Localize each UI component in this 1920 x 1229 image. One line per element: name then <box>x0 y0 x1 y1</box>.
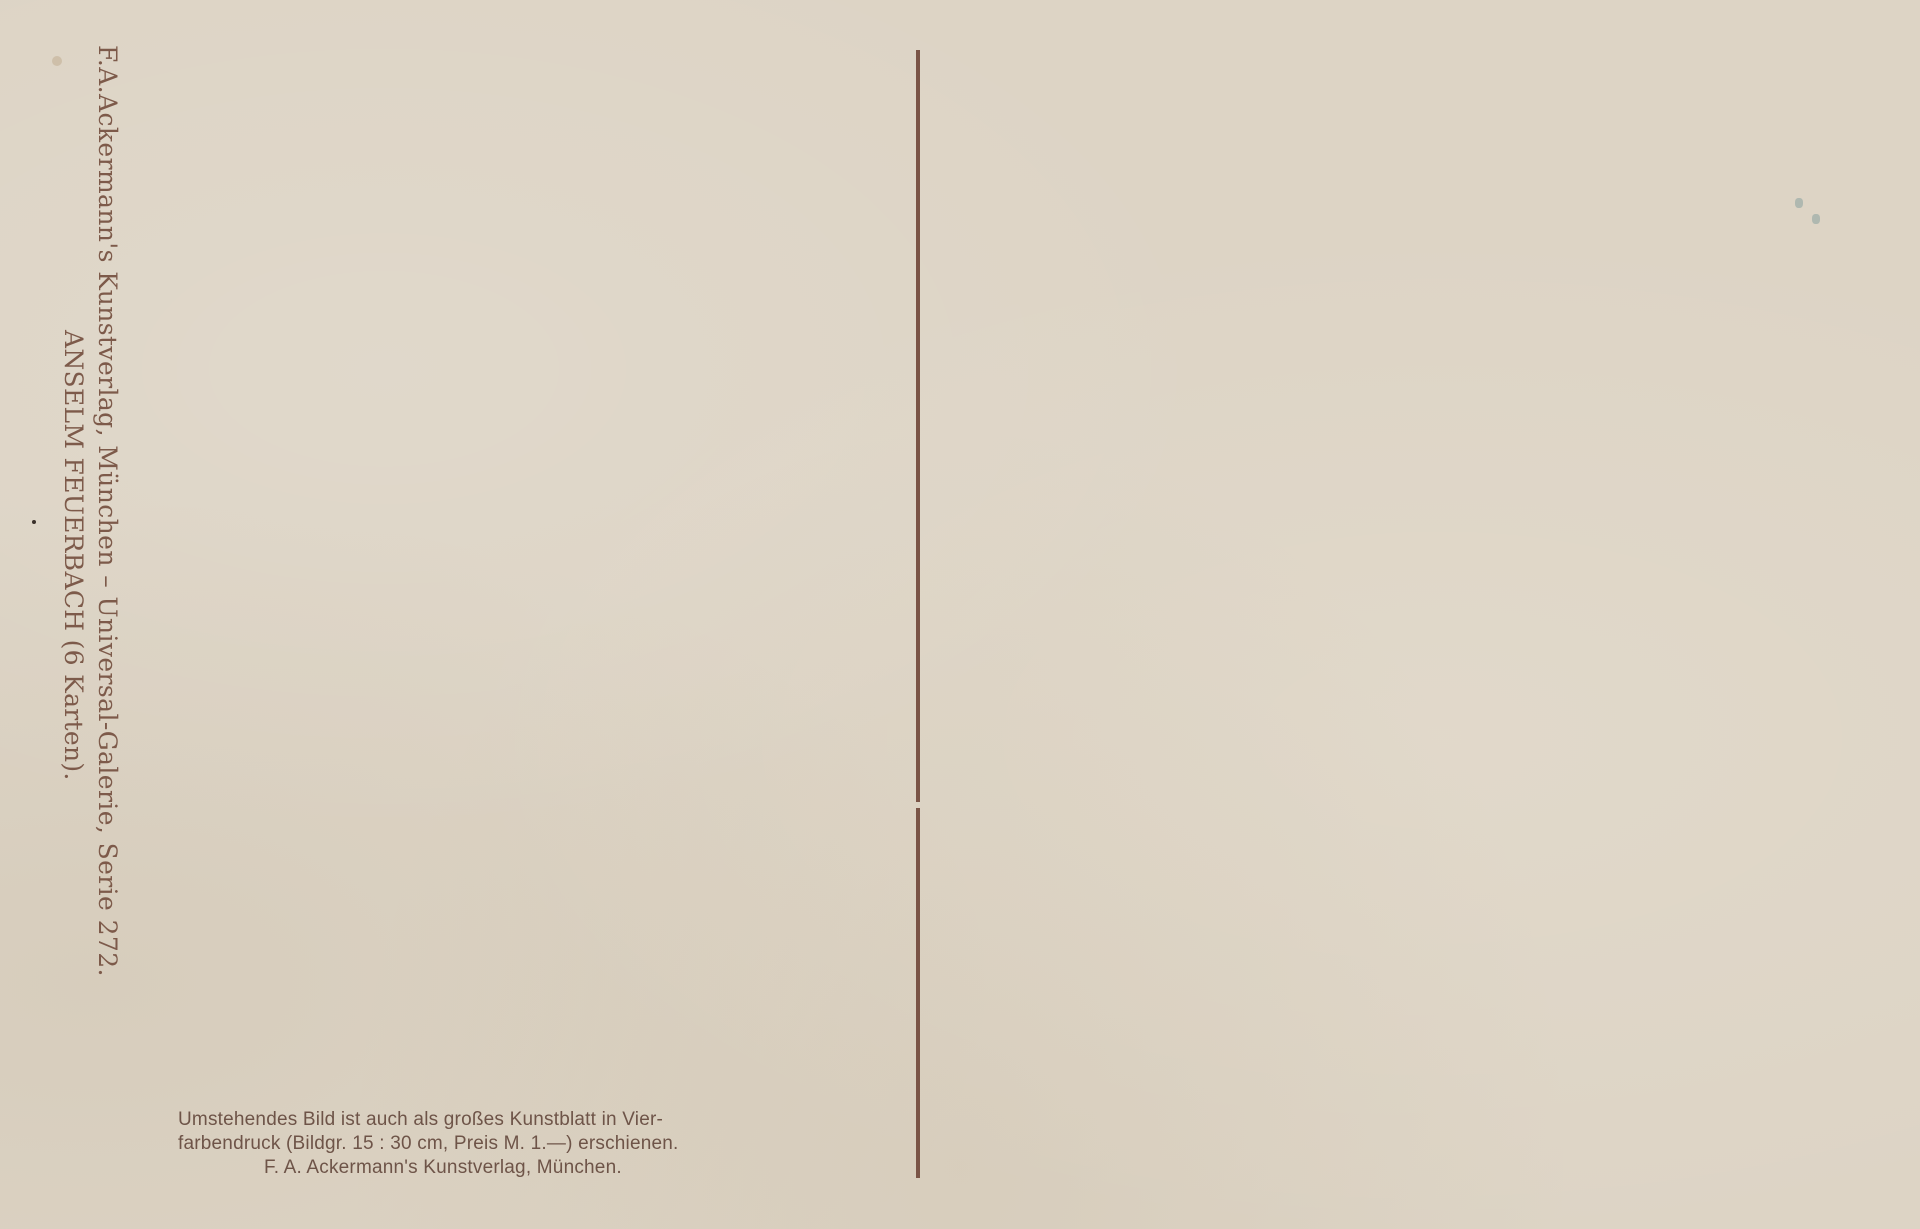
footnote-line: Umstehendes Bild ist auch als großes Kun… <box>178 1108 868 1132</box>
footnote-line: farbendruck (Bildgr. 15 : 30 cm, Preis M… <box>178 1132 868 1156</box>
series-line: ANSELM FEUERBACH (6 Karten). <box>59 330 88 781</box>
footnote-publisher: F. A. Ackermann's Kunstverlag, München. <box>178 1156 868 1180</box>
publisher-line: F.A.Ackermann's Kunstverlag, München – U… <box>93 45 122 977</box>
reproduction-footnote: Umstehendes Bild ist auch als großes Kun… <box>178 1108 868 1180</box>
center-divider-line <box>916 50 920 802</box>
paper-speck <box>32 520 36 524</box>
postcard-back: F.A.Ackermann's Kunstverlag, München – U… <box>0 0 1920 1229</box>
center-divider-line <box>916 808 920 1178</box>
paper-mark <box>1812 214 1820 224</box>
paper-mark <box>1795 198 1803 208</box>
paper-stain <box>52 56 62 66</box>
